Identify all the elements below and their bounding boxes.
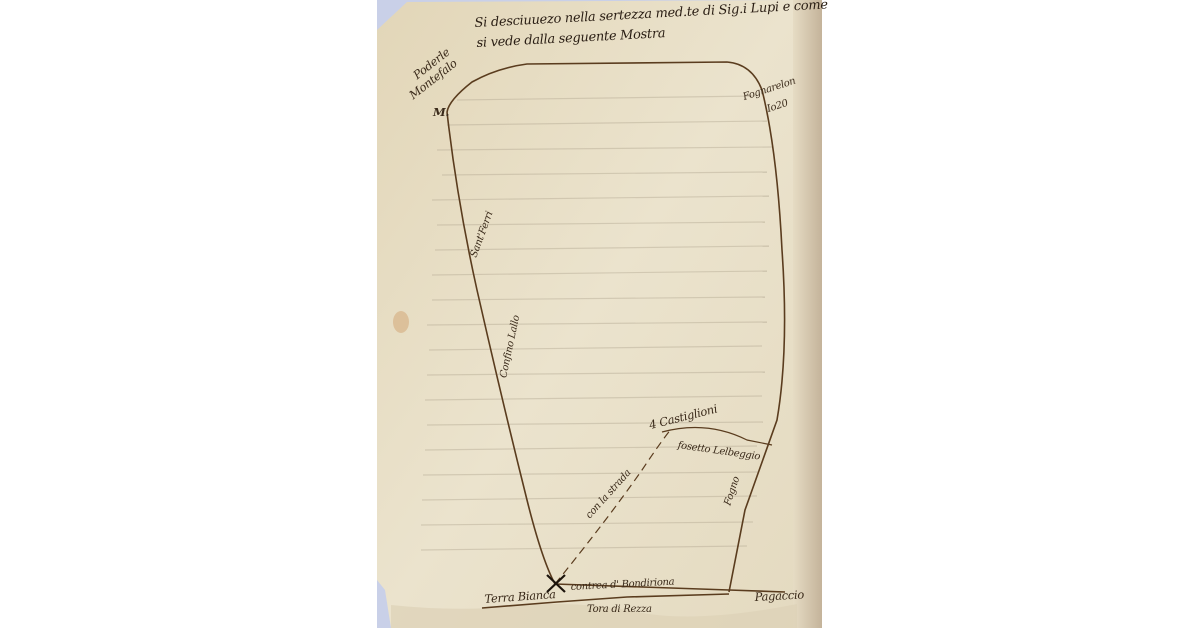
paper-sheet: [377, 0, 797, 628]
paper-right-edge: [793, 0, 822, 628]
manuscript-page: Si desciuuezo nella sertezza med.te di S…: [377, 0, 822, 628]
label-tora-di-rezza: Tora di Rezza: [587, 604, 652, 615]
label-pagaccio: Pagaccio: [754, 587, 804, 604]
label-m: M.: [433, 105, 449, 119]
